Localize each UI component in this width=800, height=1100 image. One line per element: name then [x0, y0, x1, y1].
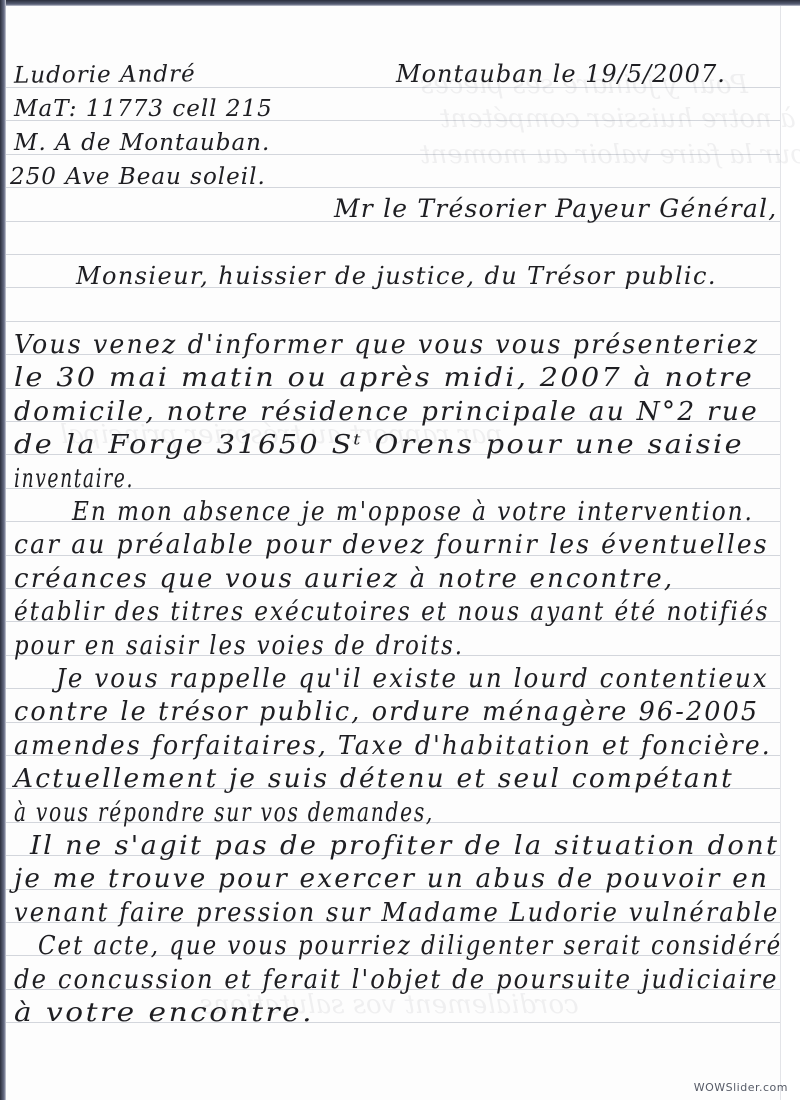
letter-body-line: créances que vous auriez à notre encontr… [14, 566, 674, 592]
letter-body-line: Je vous rappelle qu'il existe un lourd c… [56, 666, 769, 692]
letter-body-line: venant faire pression sur Madame Ludorie… [14, 900, 779, 926]
letter-body-line: à vous répondre sur vos demandes, [14, 800, 434, 826]
recipient-line: Mr le Trésorier Payeur Général, [334, 196, 777, 221]
place-date: Montauban le 19/5/2007. [396, 62, 726, 86]
letter-body-line: à votre encontre. [14, 1000, 314, 1026]
watermark: WOWSlider.com [694, 1081, 788, 1094]
letter-body-line: de concussion et ferait l'objet de pours… [14, 967, 779, 993]
sender-address: 250 Ave Beau soleil. [10, 166, 266, 189]
frame-top-border [0, 0, 800, 6]
letter-body-line: En mon absence je m'oppose à votre inter… [72, 499, 754, 525]
letter-body-line: établir des titres exécutoires et nous a… [14, 599, 769, 625]
letter-body-line: contre le trésor public, ordure ménagère… [14, 699, 759, 725]
letter-body-line: Vous venez d'informer que vous vous prés… [14, 332, 759, 358]
letter-body-line: je me trouve pour exercer un abus de pou… [14, 866, 769, 892]
sender-name: Ludorie André [14, 63, 196, 88]
scanned-page-frame: Pour y joindre ses pièces à notre huissi… [0, 0, 800, 1100]
letter-body-line: inventaire. [14, 466, 134, 492]
letter-body-line: amendes forfaitaires, Taxe d'habitation … [14, 733, 772, 759]
letter-body-line: Cet acte, que vous pourriez diligenter s… [38, 933, 782, 959]
ruled-line [6, 254, 780, 255]
frame-left-border [0, 0, 6, 1100]
letter-body-line: le 30 mai matin ou après midi, 2007 à no… [14, 365, 754, 391]
ruled-line [6, 321, 780, 322]
letter-body-line: Il ne s'agit pas de profiter de la situa… [30, 833, 779, 859]
letter-body-line: de la Forge 31650 Sᵗ Orens pour une sais… [14, 432, 744, 458]
letter-body-line: car au préalable pour devez fournir les … [14, 532, 769, 558]
letter-body-line: domicile, notre résidence principale au … [14, 399, 759, 425]
letter-body-line: Actuellement je suis détenu et seul comp… [14, 766, 734, 792]
sender-facility: M. A de Montauban. [14, 132, 270, 155]
sender-id-line: MaT: 11773 cell 215 [14, 98, 273, 121]
letter-body-line: pour en saisir les voies de droits. [14, 633, 464, 659]
salutation: Monsieur, huissier de justice, du Trésor… [76, 264, 717, 288]
